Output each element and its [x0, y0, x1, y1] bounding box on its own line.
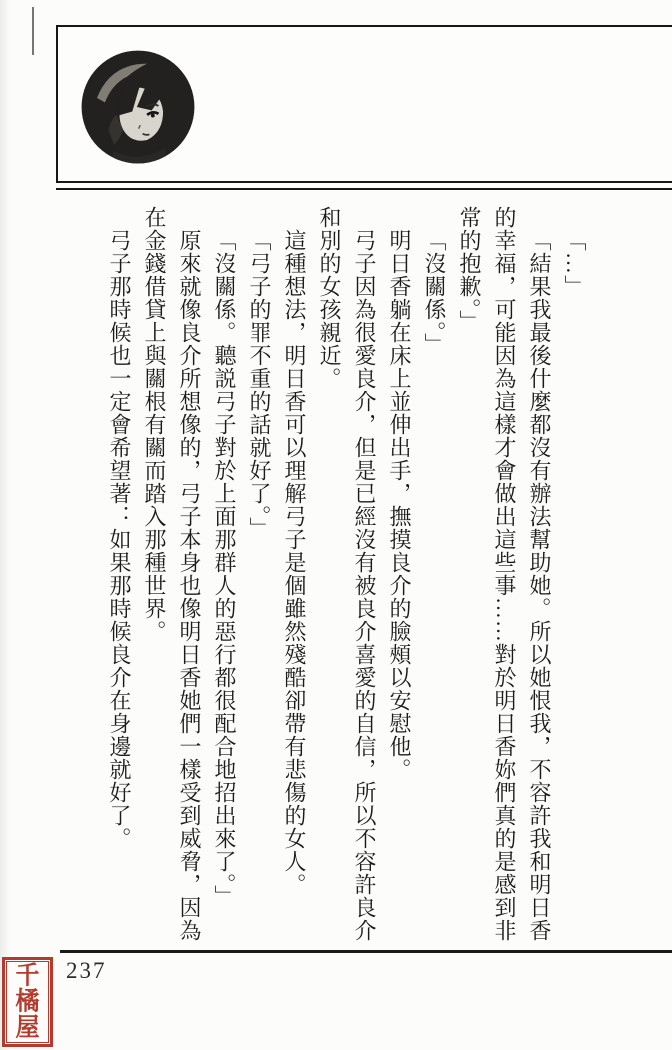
seal-char: 橘 [16, 988, 40, 1015]
paragraph: 原來就像良介所想像的，弓子本身也像明日香她們一樣受到威脅，因為在金錢借貸上與關根… [137, 206, 207, 950]
paragraph: 這種想法，明日香可以理解弓子是個雖然殘酷卻帶有悲傷的女人。 [277, 206, 312, 950]
paragraph: 「沒關係。」 [417, 206, 452, 950]
scan-edge-shading [0, 0, 10, 1050]
paragraph: 「…」 [557, 206, 592, 950]
portrait-image [81, 50, 195, 164]
paragraph: 弓子那時候也一定會希望著：如果那時候良介在身邊就好了。 [102, 206, 137, 950]
page-number: 237 [66, 958, 107, 984]
paragraph: 「結果我最後什麼都沒有辦法幫助她。所以她恨我，不容許我和明日香的幸福，可能因為這… [452, 206, 557, 950]
seal-char: 千 [16, 962, 40, 989]
page-border-remnant [32, 7, 34, 55]
paragraph: 弓子因為很愛良介，但是已經沒有被良介喜愛的自信，所以不容許良介和別的女孩親近。 [312, 206, 382, 950]
seal-char: 屋 [16, 1014, 40, 1041]
story-text: 「…」 「結果我最後什麼都沒有辦法幫助她。所以她恨我，不容許我和明日香的幸福，可… [92, 206, 592, 950]
header-double-rule [56, 188, 672, 190]
book-page: 「…」 「結果我最後什麼都沒有辦法幫助她。所以她恨我，不容許我和明日香的幸福，可… [0, 0, 672, 1050]
paragraph: 「弓子的罪不重的話就好了。」 [242, 206, 277, 950]
paragraph: 明日香躺在床上並伸出手，撫摸良介的臉頰以安慰他。 [382, 206, 417, 950]
footer-rule [60, 950, 672, 953]
scanlator-seal-stamp: 千 橘 屋 [2, 957, 53, 1047]
paragraph: 「沒關係。聽説弓子對於上面那群人的惡行都很配合地招出來了。」 [207, 206, 242, 950]
